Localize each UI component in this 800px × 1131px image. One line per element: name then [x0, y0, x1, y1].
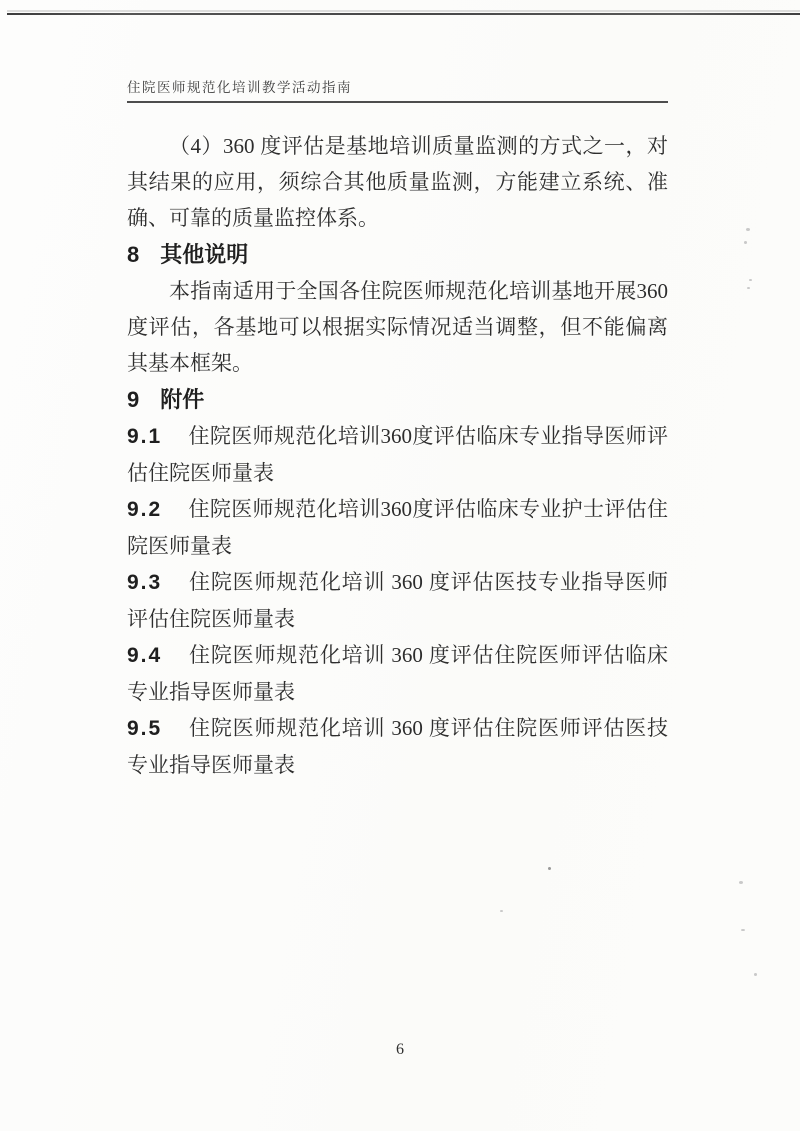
scan-speck — [749, 279, 752, 281]
section-8-paragraph: 本指南适用于全国各住院医师规范化培训基地开展360度评估，各基地可以根据实际情况… — [127, 273, 668, 381]
attachment-text: 住院医师规范化培训 360 度评估医技专业指导医师评估住院医师量表 — [127, 570, 668, 631]
document-page: 住院医师规范化培训教学活动指南 （4）360 度评估是基地培训质量监测的方式之一… — [0, 0, 800, 1131]
attachment-number: 9.2 — [127, 498, 162, 521]
attachment-number: 9.5 — [127, 717, 162, 740]
section-9-heading: 9附件 — [127, 381, 668, 418]
section-9-number: 9 — [127, 381, 139, 418]
attachment-item-9-5: 9.5住院医师规范化培训 360 度评估住院医师评估医技专业指导医师量表 — [127, 710, 668, 783]
attachment-number: 9.4 — [127, 644, 162, 667]
running-header-title: 住院医师规范化培训教学活动指南 — [127, 80, 352, 95]
attachment-item-9-3: 9.3住院医师规范化培训 360 度评估医技专业指导医师评估住院医师量表 — [127, 564, 668, 637]
section-8-title: 其他说明 — [160, 242, 248, 267]
scan-speck — [500, 910, 503, 912]
attachment-text: 住院医师规范化培训360度评估临床专业指导医师评估住院医师量表 — [127, 424, 668, 485]
section-8-number: 8 — [127, 236, 139, 273]
scan-speck — [746, 228, 750, 231]
scan-speck — [739, 881, 743, 884]
section-8-heading: 8其他说明 — [127, 236, 668, 273]
section-9-title: 附件 — [160, 387, 204, 412]
attachment-text: 住院医师规范化培训 360 度评估住院医师评估临床专业指导医师量表 — [127, 643, 668, 704]
attachment-number: 9.3 — [127, 571, 162, 594]
scan-speck — [747, 287, 750, 289]
running-header: 住院医师规范化培训教学活动指南 — [127, 76, 668, 103]
scan-speck — [754, 973, 757, 976]
page-number: 6 — [0, 1041, 800, 1059]
attachment-number: 9.1 — [127, 425, 162, 448]
attachment-text: 住院医师规范化培训 360 度评估住院医师评估医技专业指导医师量表 — [127, 716, 668, 777]
scan-speck — [548, 867, 551, 870]
paragraph-item4: （4）360 度评估是基地培训质量监测的方式之一，对其结果的应用，须综合其他质量… — [127, 128, 668, 236]
scan-edge-line — [7, 13, 800, 15]
page-content: （4）360 度评估是基地培训质量监测的方式之一，对其结果的应用，须综合其他质量… — [127, 128, 668, 783]
attachment-item-9-2: 9.2住院医师规范化培训360度评估临床专业护士评估住院医师量表 — [127, 491, 668, 564]
scan-speck — [744, 241, 747, 244]
scan-speck — [741, 929, 745, 931]
attachment-item-9-1: 9.1住院医师规范化培训360度评估临床专业指导医师评估住院医师量表 — [127, 418, 668, 491]
attachment-item-9-4: 9.4住院医师规范化培训 360 度评估住院医师评估临床专业指导医师量表 — [127, 637, 668, 710]
attachment-text: 住院医师规范化培训360度评估临床专业护士评估住院医师量表 — [127, 497, 668, 558]
